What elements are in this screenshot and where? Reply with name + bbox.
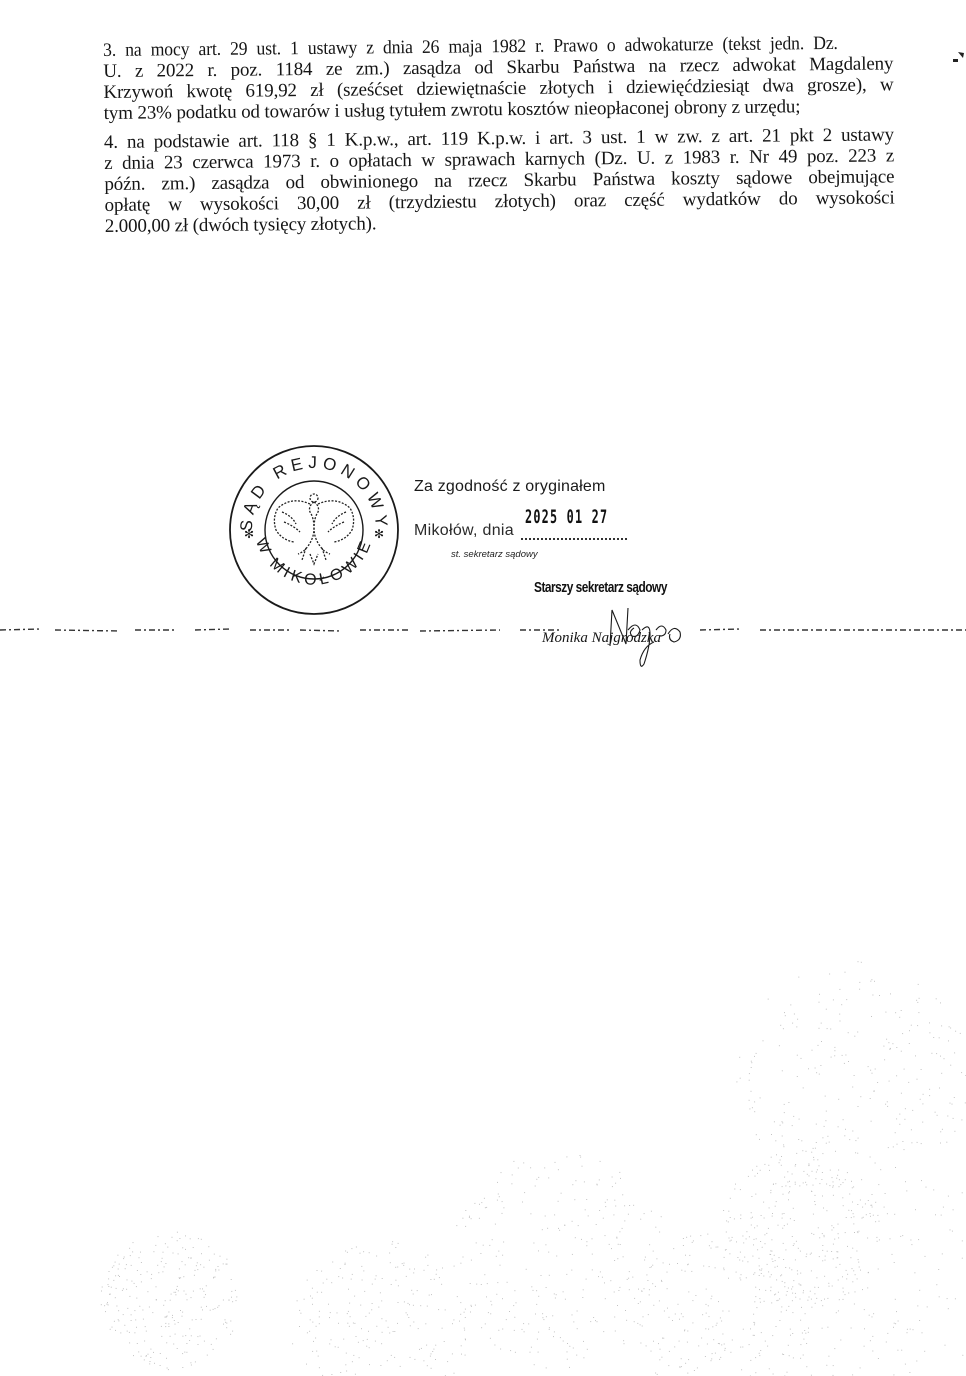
document-body: 3. na mocy art. 29 ust. 1 ustawy z dnia … [103, 32, 895, 237]
certification-role: st. sekretarz sądowy [451, 549, 538, 560]
svg-text:✻: ✻ [244, 527, 254, 541]
certification-title: Za zgodność z oryginałem [414, 478, 606, 496]
svg-text:W MIKOŁOWIE: W MIKOŁOWIE [252, 535, 376, 588]
signature-rule [0, 618, 966, 638]
signer-role: Starszy sekretarz sądowy [534, 580, 667, 596]
certification-block: Za zgodność z oryginałem Mikołów, dnia 2… [414, 478, 606, 496]
svg-text:✻: ✻ [374, 527, 384, 541]
handwritten-signature-icon [604, 600, 684, 675]
court-stamp: SĄD REJONOWY W MIKOŁOWIE ✻ ✻ [226, 442, 402, 618]
paragraph-3: 3. na mocy art. 29 ust. 1 ustawy z dnia … [103, 32, 894, 124]
stamp-bottom-text: W MIKOŁOWIE [252, 535, 376, 588]
corner-mark-icon [950, 50, 966, 68]
certification-place: Mikołów, dnia [414, 522, 514, 540]
paragraph-4: 4. na podstawie art. 118 § 1 K.p.w., art… [104, 124, 895, 237]
eagle-emblem-icon [274, 494, 353, 564]
document-page: 3. na mocy art. 29 ust. 1 ustawy z dnia … [0, 0, 966, 1376]
signature-block: Starszy sekretarz sądowy Monika Najgrodz… [534, 580, 734, 680]
certification-date: 2025 01 27 [525, 506, 608, 528]
